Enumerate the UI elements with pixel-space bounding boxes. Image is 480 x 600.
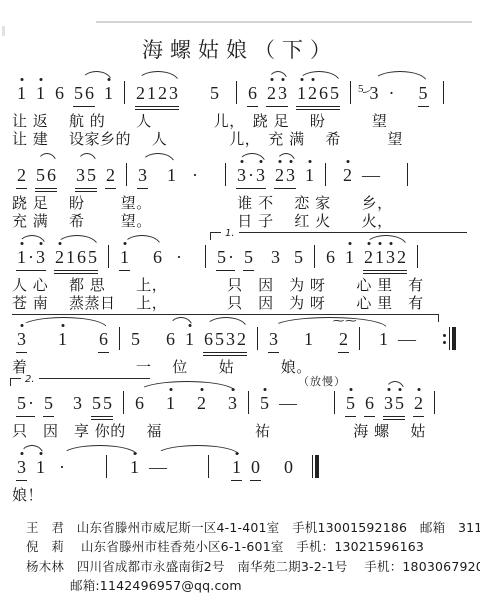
beam-line: [105, 188, 116, 189]
spacer: [152, 185, 162, 186]
note-group: 6: [98, 330, 109, 350]
note-group: —: [148, 458, 168, 478]
note-group: 3: [227, 394, 238, 414]
note-group: 3: [268, 330, 279, 350]
beam-line: [54, 270, 98, 271]
scan-artifact-mark: [2, 26, 5, 36]
beam-line: [135, 109, 179, 110]
spacer: [385, 185, 401, 186]
note-group: 5: [130, 330, 141, 350]
beam-line: [268, 352, 279, 353]
sheet-page: 海螺姑娘（下） 11656121235623126553·5让 返 航 的 人 …: [0, 0, 480, 600]
notes-row: 5·535561235—563522.（放慢）: [12, 378, 468, 422]
beam-line: [383, 419, 405, 420]
spacer: [61, 185, 71, 186]
note-group: 3: [369, 84, 380, 104]
beam-line: [54, 273, 98, 274]
beam-line: [296, 109, 340, 110]
slur-arc: [276, 153, 296, 164]
note-group: 2165: [54, 248, 98, 268]
note-group: 2132: [363, 248, 407, 268]
slur-arc: [137, 71, 179, 82]
spacer: [172, 477, 202, 478]
barline: [407, 163, 408, 186]
note-group: —: [361, 166, 381, 186]
beam-line: [236, 188, 266, 189]
note-group: 2: [342, 166, 353, 186]
spacer: [302, 413, 328, 414]
barline: [434, 391, 435, 414]
note-group: 3: [16, 458, 27, 478]
note-group: 1: [16, 84, 27, 104]
slur-arc: [20, 445, 44, 456]
barline: [359, 327, 360, 350]
lyrics-line: 只 因 享 你的 福 祐 海 螺 姑: [12, 422, 468, 440]
barline: [124, 81, 125, 104]
lyrics-line: 娘！: [12, 486, 468, 504]
beam-line: [363, 270, 407, 271]
spacer: [203, 185, 219, 186]
barline: [208, 455, 209, 478]
beam-line: [16, 480, 27, 481]
beam-line: [91, 416, 113, 417]
spacer: [366, 349, 374, 350]
note-group: 6: [247, 84, 258, 104]
barline: [314, 245, 315, 268]
volta-bracket: 2.: [10, 378, 150, 386]
lyrics-line: 让 建 设家乡的 人 儿， 充 满 希 望: [12, 130, 468, 148]
final-barline: [312, 455, 319, 478]
note-group: 23: [274, 166, 296, 186]
note-group: 6: [325, 248, 336, 268]
beam-line: [231, 480, 242, 481]
note-group: ·: [388, 84, 396, 104]
music-system: 11656121235623126553·5让 返 航 的 人 儿， 跷 足 盼…: [12, 68, 468, 148]
note-group: 2: [413, 394, 424, 414]
music-system: 5·535561235—563522.（放慢）只 因 享 你的 福 祐 海 螺 …: [12, 378, 468, 440]
spacer: [134, 267, 148, 268]
spacer: [187, 267, 199, 268]
lyrics-line: 着 一 位 姑 娘。: [12, 358, 468, 376]
beam-line: [75, 191, 97, 192]
beam-line: [35, 191, 57, 192]
note-group: 0: [283, 458, 294, 478]
note-group: 1: [57, 330, 68, 350]
note-group: 0: [250, 458, 261, 478]
beam-line: [98, 352, 109, 353]
beam-line: [137, 188, 148, 189]
beam-line: [75, 188, 97, 189]
contact-line: 倪 莉 山东省滕州市桂香苑小区6-1-601室 手机：13021596163: [26, 537, 472, 556]
spacer: [181, 185, 187, 186]
beam-line: [16, 188, 27, 189]
music-system: 31·1—100娘！: [12, 442, 468, 504]
beam-line: [135, 106, 179, 107]
notes-row: 25635231·3·32312—: [12, 150, 468, 194]
note-group: 5: [43, 394, 54, 414]
slur-arc: [81, 71, 112, 82]
note-group: 1: [304, 166, 315, 186]
spacer: [72, 349, 94, 350]
note-group: 35: [75, 166, 97, 186]
spacer: [400, 103, 414, 104]
note-group: 3·3: [236, 166, 266, 186]
note-group: 5: [345, 394, 356, 414]
spacer: [318, 349, 334, 350]
volta-bracket: 1.: [210, 232, 467, 240]
beam-line: [413, 416, 424, 417]
note-group: 2~~: [338, 330, 349, 350]
spacer: [433, 103, 437, 104]
spacer: [285, 267, 289, 268]
slur-arc: [268, 71, 288, 82]
beam-line: [35, 188, 57, 189]
slur-arc: [141, 153, 175, 164]
barline: [205, 245, 206, 268]
beam-line: [418, 106, 429, 107]
barline: [123, 391, 124, 414]
spacer: [70, 477, 100, 478]
beam-line: [73, 106, 95, 107]
slur-arc: [155, 445, 240, 456]
slur-arc: [56, 235, 98, 246]
lyrics-line: 充 满 希 望。 日 子 红 火 火，: [12, 212, 468, 230]
spacer: [224, 103, 230, 104]
note-group: ·: [58, 458, 66, 478]
note-group: 6: [54, 84, 65, 104]
slur-arc: [77, 153, 97, 164]
barline: [325, 163, 326, 186]
music-system: 3165616532312~~1—着 一 位 姑 娘。: [12, 314, 468, 376]
spacer: [180, 413, 192, 414]
slur-arc: [238, 153, 266, 164]
slur-arc: [373, 71, 427, 82]
volta-continuation-line: [12, 314, 439, 322]
note-group: 2: [105, 166, 116, 186]
beam-line: [247, 106, 258, 107]
note-group: 1265: [296, 84, 340, 104]
contact-block: 王 君 山东省滕州市威尼斯一区4-1-401室 手机13001592186 邮箱…: [0, 506, 480, 596]
spacer: [50, 477, 54, 478]
note-group: 1: [303, 330, 314, 350]
note-group: 23: [266, 84, 288, 104]
barline: [126, 163, 127, 186]
spacer: [145, 349, 161, 350]
lyrics-line: 苍 南 蒸蒸日 上， 只 因 为 呀 心 里 有: [12, 294, 468, 312]
tempo-annotation: （放慢）: [298, 376, 346, 388]
lyrics-line: 跷 足 盼 望。 谁 不 恋 家 乡，: [12, 194, 468, 212]
contact-line: 杨木林 四川省成都市永盛南街2号 南华苑二期3-2-1号 手机：18030679…: [26, 557, 472, 576]
note-group: 56: [35, 166, 57, 186]
lyrics-line: 人 心 都 思 上， 只 因 为 呀 心 里 有: [12, 276, 468, 294]
note-group: 6: [134, 394, 145, 414]
note-group: 5: [293, 248, 304, 268]
scan-artifact-line: [96, 21, 472, 23]
contact-line: 邮箱:1142496957@qq.com: [26, 576, 472, 595]
lyrics-line: 让 返 航 的 人 儿， 跷 足 盼 望: [12, 112, 468, 130]
music-system: 1·3216516·5·5356121321.人 心 都 思 上， 只 因 为 …: [12, 232, 468, 312]
beam-line: [203, 355, 247, 356]
volta-label: 2.: [21, 374, 39, 385]
spacer: [258, 267, 266, 268]
spacer: [183, 103, 205, 104]
beam-line: [91, 419, 113, 420]
note-group: 35: [383, 394, 405, 414]
note-group: 1·3: [16, 248, 46, 268]
note-group: 6: [152, 248, 163, 268]
score-sheet: 11656121235623126553·5让 返 航 的 人 儿， 跷 足 盼…: [0, 64, 480, 504]
barline: [236, 81, 237, 104]
note-group: 1: [119, 248, 130, 268]
barline: [257, 327, 258, 350]
note-group: 5: [259, 394, 270, 414]
note-group: 6532: [203, 330, 247, 350]
beam-line: [383, 416, 405, 417]
spacer: [332, 185, 338, 186]
spacer: [298, 477, 304, 478]
note-group: 3: [270, 248, 281, 268]
spacer: [149, 413, 161, 414]
note-group: ·: [191, 166, 199, 186]
end-repeat-barline: [443, 327, 456, 350]
beam-line: [203, 352, 247, 353]
spacer: [167, 267, 171, 268]
note-group: —: [397, 330, 417, 350]
beam-line: [338, 352, 349, 353]
barline: [108, 245, 109, 268]
note-group: 1: [344, 248, 355, 268]
note-group: 6: [364, 394, 375, 414]
slur-arc: [123, 235, 161, 246]
barline: [417, 245, 418, 268]
note-group: 56: [73, 84, 95, 104]
note-group: 1: [166, 166, 177, 186]
note-group: 1: [103, 84, 114, 104]
beam-line: [16, 352, 27, 353]
notes-row: 11656121235623126553·5: [12, 68, 468, 112]
beam-line: [16, 416, 35, 417]
note-group: 2: [16, 166, 27, 186]
beam-line: [296, 106, 340, 107]
note-group: 5·: [16, 394, 35, 414]
barline: [350, 81, 351, 104]
spacer: [265, 477, 279, 478]
note-group: 1: [129, 458, 140, 478]
note-group: 5: [209, 84, 220, 104]
barline: [225, 163, 226, 186]
note-group: 3: [16, 330, 27, 350]
volta-label: 1.: [221, 228, 239, 239]
notes-row: 1·3216516·5·5356121321.: [12, 232, 468, 276]
note-group: 5: [243, 248, 254, 268]
song-title: 海螺姑娘（下）: [0, 34, 480, 64]
note-group: 55: [91, 394, 113, 414]
barline: [443, 81, 444, 104]
note-group: 3: [72, 394, 83, 414]
note-group: 3: [137, 166, 148, 186]
beam-line: [363, 273, 407, 274]
beam-line: [216, 270, 235, 271]
music-system: 25635231·3·32312—跷 足 盼 望。 谁 不 恋 家 乡，充 满 …: [12, 150, 468, 230]
grace-note: 5: [358, 83, 364, 95]
note-group: 1: [378, 330, 389, 350]
beam-line: [345, 416, 356, 417]
note-group: 1: [35, 458, 46, 478]
note-group: 1: [184, 330, 195, 350]
spacer: [283, 349, 299, 350]
barline: [119, 327, 120, 350]
barline: [106, 455, 107, 478]
spacer: [31, 349, 53, 350]
note-group: 1: [35, 84, 46, 104]
barline: [334, 391, 335, 414]
spacer: [113, 477, 125, 478]
slur-arc: [18, 235, 46, 246]
note-group: ·: [175, 248, 183, 268]
slur-arc: [298, 71, 340, 82]
barline: [248, 391, 249, 414]
slur-arc: [37, 153, 57, 164]
beam-line: [43, 416, 54, 417]
note-group: 6: [165, 330, 176, 350]
beam-line: [266, 106, 288, 107]
spacer: [58, 413, 68, 414]
slur-arc: [138, 381, 236, 392]
slur-arc: [385, 381, 405, 392]
beam-line: [119, 270, 130, 271]
spacer: [211, 413, 223, 414]
notes-row: 31·1—100: [12, 442, 468, 486]
note-group: 2123: [135, 84, 179, 104]
note-group: 5·: [216, 248, 235, 268]
beam-line: [250, 480, 261, 481]
note-group: —: [278, 394, 298, 414]
notes-row: 3165616532312~~1—: [12, 314, 468, 358]
note-group: 1: [231, 458, 242, 478]
note-group: 2: [196, 394, 207, 414]
beam-line: [243, 270, 254, 271]
beam-line: [16, 270, 46, 271]
note-group: 5: [418, 84, 429, 104]
beam-line: [364, 416, 375, 417]
slur-arc: [61, 445, 138, 456]
beam-line: [274, 188, 296, 189]
spacer: [215, 477, 227, 478]
contact-line: 王 君 山东省滕州市威尼斯一区4-1-401室 手机13001592186 邮箱…: [26, 518, 472, 537]
note-group: 1: [165, 394, 176, 414]
spacer: [421, 349, 435, 350]
